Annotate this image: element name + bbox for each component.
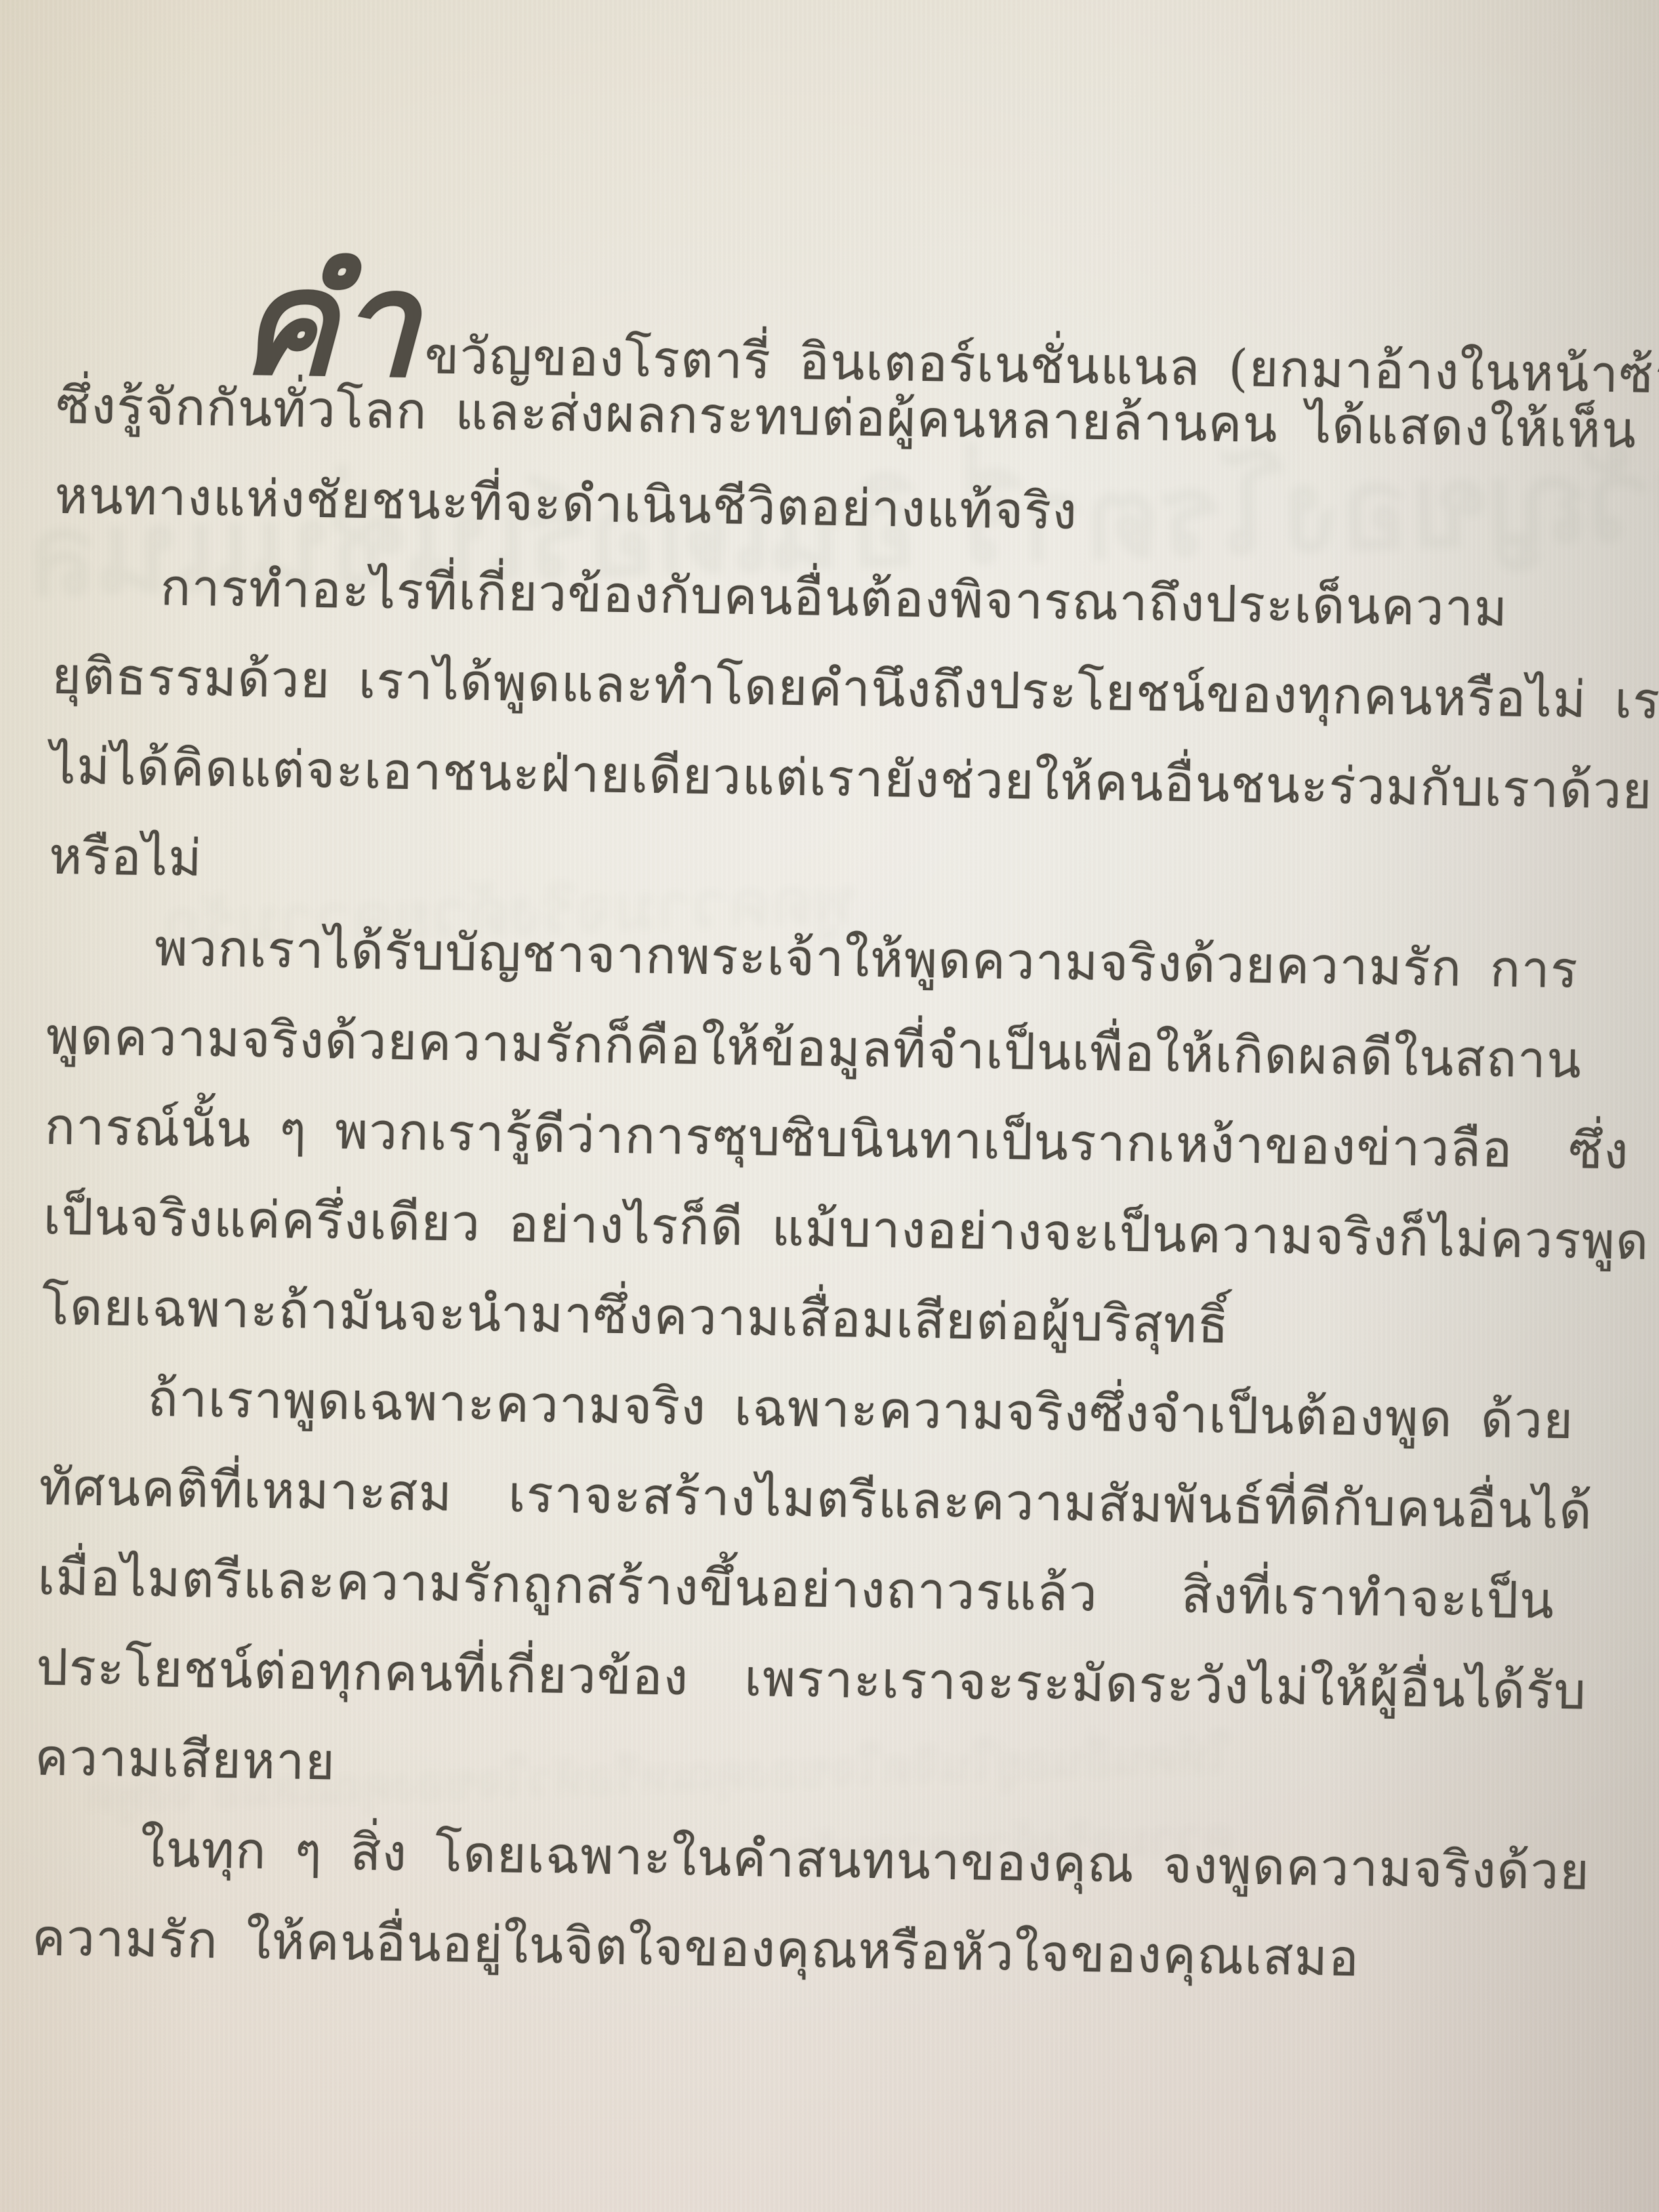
page-text-block: คำขวัญของโรตารี่ อินเตอร์เนชั่นแนล (ยกมา… bbox=[0, 270, 1659, 2008]
book-page-photo: ขวัญของโรตารี่ อินเตอร์เนชั่นแนล พูดความ… bbox=[0, 0, 1659, 2212]
paragraph-5: ในทุก ๆ สิ่ง โดยเฉพาะในคำสนทนาของคุณ จงพ… bbox=[31, 1803, 1590, 2007]
book-page-photo-viewport: { "page": { "kind": "photograph-of-print… bbox=[0, 0, 1659, 2212]
text-line: คำขวัญของโรตารี่ อินเตอร์เนชั่นแนล (ยกมา… bbox=[57, 270, 1614, 385]
paragraph-4: ถ้าเราพูดเฉพาะความจริง เฉพาะความจริงซึ่ง… bbox=[34, 1352, 1597, 1827]
paragraph-2: การทำอะไรที่เกี่ยวข้องกับคนอื่นต้องพิจาร… bbox=[48, 541, 1610, 926]
paragraph-1: คำขวัญของโรตารี่ อินเตอร์เนชั่นแนล (ยกมา… bbox=[54, 270, 1614, 565]
paragraph-3: พวกเราได้รับบัญชาจากพระเจ้าให้พูดความจริ… bbox=[41, 901, 1604, 1376]
drop-cap: คำ bbox=[239, 276, 419, 369]
